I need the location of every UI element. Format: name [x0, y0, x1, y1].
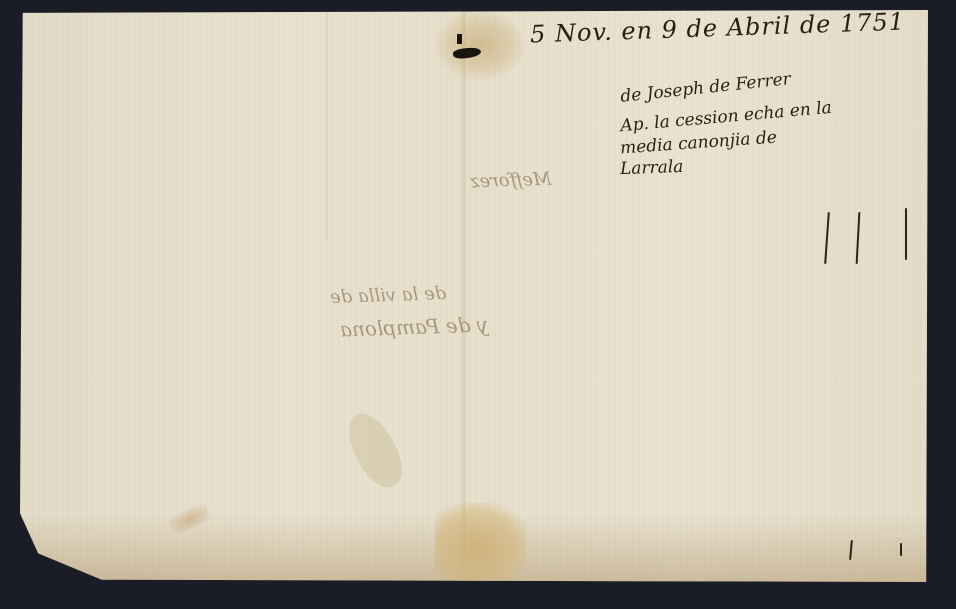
ink-blot [445, 34, 485, 64]
water-mark-stain [339, 405, 412, 494]
bleed-through-text-2: de la villa de [330, 283, 447, 308]
bottom-stain [435, 503, 527, 581]
small-stain [168, 502, 212, 535]
secondary-fold-crease [326, 10, 328, 239]
annotation-line-4: Larrala [620, 157, 684, 179]
bottom-mark [900, 543, 902, 556]
tally-mark [905, 208, 907, 260]
vertical-fold-crease [461, 10, 466, 582]
manuscript-page [20, 10, 928, 582]
bleed-through-text-1: Mefforez [470, 169, 552, 193]
